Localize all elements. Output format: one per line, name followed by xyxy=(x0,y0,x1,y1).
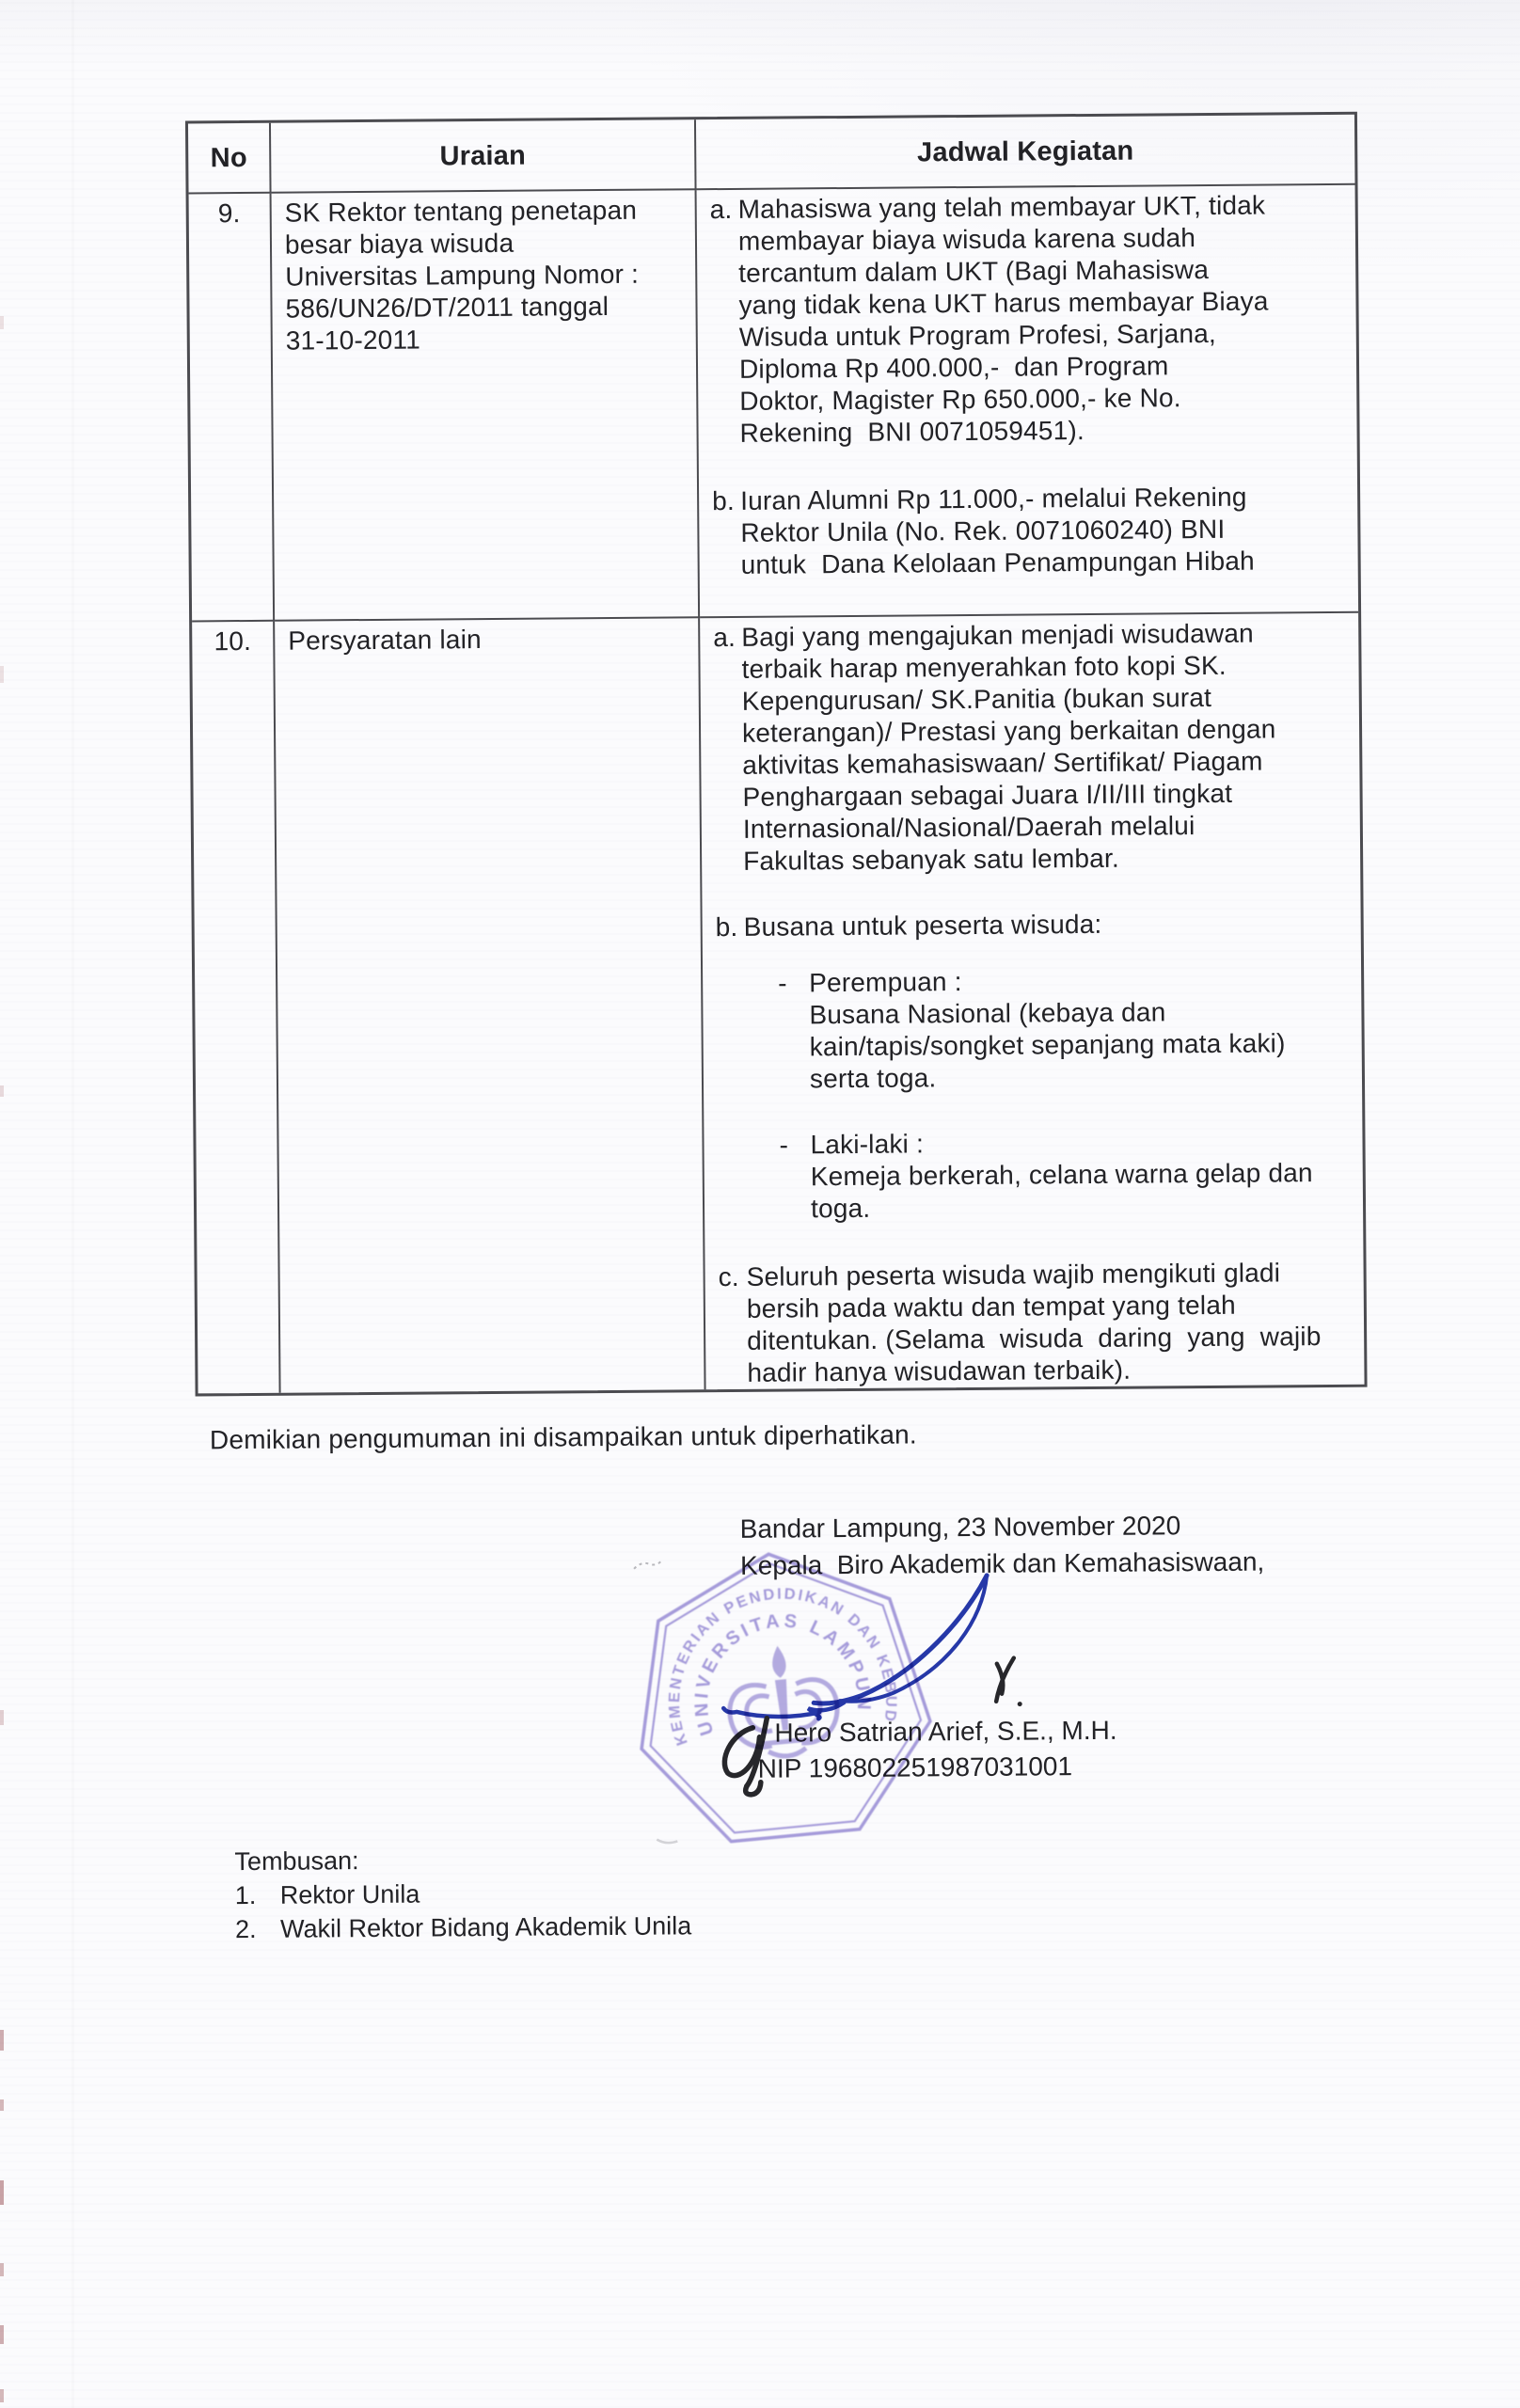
table-header-no: No xyxy=(188,123,272,195)
schedule-item-9a: a. Mahasiswa yang telah membayar UKT, ti… xyxy=(710,189,1346,450)
announcement-table: No Uraian Jadwal Kegiatan 9. SK Rektor t… xyxy=(185,112,1368,1397)
official-stamp: KEMENTERIAN PENDIDIKAN DAN KEBUDAYAAN UN… xyxy=(612,1532,953,1873)
dash-bullet: - xyxy=(779,1129,811,1225)
table-header-uraian: Uraian xyxy=(271,119,697,194)
dash-bullet: - xyxy=(778,967,810,1095)
stamp-heptagon-outer xyxy=(625,1541,940,1849)
scan-artifact-mark xyxy=(0,1710,4,1725)
scan-artifact-mark xyxy=(0,2099,4,2111)
scanned-announcement-page: No Uraian Jadwal Kegiatan 9. SK Rektor t… xyxy=(0,0,1520,2408)
item-label: c. xyxy=(718,1261,747,1389)
scan-artifact-mark xyxy=(0,2389,4,2402)
tembusan-item-number: 2. xyxy=(235,1912,280,1946)
item-text: Seluruh peserta wisuda wajib mengikuti g… xyxy=(746,1257,1321,1389)
signature-place-date: Bandar Lampung, 23 November 2020 xyxy=(740,1511,1181,1545)
scan-artifact-mark xyxy=(0,2180,4,2205)
schedule-item-9b: b. Iuran Alumni Rp 11.000,- melalui Reke… xyxy=(712,481,1347,581)
signature-blue-strokes xyxy=(722,1576,988,1719)
sub-item-laki-laki: - Laki-laki : Kemeja berkerah, celana wa… xyxy=(779,1125,1313,1225)
row-9-schedule: a. Mahasiswa yang telah membayar UKT, ti… xyxy=(697,185,1359,618)
signature-title: Kepala Biro Akademik dan Kemahasiswaan, xyxy=(740,1547,1264,1581)
tembusan-item-number: 1. xyxy=(235,1878,280,1912)
closing-line: Demikian pengumuman ini disampaikan untu… xyxy=(210,1419,917,1455)
scan-artifact-mark xyxy=(0,2263,4,2276)
sub-item-title: Perempuan : xyxy=(809,963,1285,999)
tembusan-block: Tembusan: 1. Rektor Unila 2. Wakil Rekto… xyxy=(234,1841,691,1946)
official-name: Hero Satrian Arief, S.E., M.H. xyxy=(774,1716,1116,1749)
row-9-number: 9. xyxy=(189,194,276,623)
official-nip: NIP 196802251987031001 xyxy=(758,1751,1072,1784)
row-10-schedule: a. Bagi yang mengajukan menjadi wisudawa… xyxy=(700,613,1364,1389)
tembusan-item-text: Wakil Rektor Bidang Akademik Unila xyxy=(280,1909,691,1945)
schedule-item-10a: a. Bagi yang mengajukan menjadi wisudawa… xyxy=(713,617,1349,878)
item-text: Busana untuk peserta wisuda: xyxy=(744,907,1311,943)
tembusan-label: Tembusan: xyxy=(234,1841,690,1878)
table-header-jadwal: Jadwal Kegiatan xyxy=(696,115,1355,190)
item-label: b. xyxy=(712,485,741,581)
scan-artifact-mark xyxy=(0,2030,4,2051)
item-text: Bagi yang mengajukan menjadi wisudawan t… xyxy=(741,617,1277,877)
sub-item-perempuan: - Perempuan : Busana Nasional (kebaya da… xyxy=(778,963,1312,1095)
tembusan-item: 1. Rektor Unila xyxy=(235,1875,691,1912)
row-9-uraian: SK Rektor tentang penetapan besar biaya … xyxy=(272,190,701,622)
sub-item-text: Busana Nasional (kebaya dan kain/tapis/s… xyxy=(809,995,1286,1095)
row-10-uraian: Persyaratan lain xyxy=(275,618,705,1393)
stamp-heptagon-inner xyxy=(634,1551,929,1840)
sub-item-title: Laki-laki : xyxy=(810,1125,1312,1161)
document-sheet: No Uraian Jadwal Kegiatan 9. SK Rektor t… xyxy=(0,0,1520,2408)
scan-artifact-mark xyxy=(0,2325,4,2344)
tembusan-item-text: Rektor Unila xyxy=(280,1877,420,1912)
row-10-number: 10. xyxy=(192,622,280,1394)
item-label: b. xyxy=(716,911,747,1226)
schedule-item-10b: b. Busana untuk peserta wisuda: - Peremp… xyxy=(716,907,1353,1226)
item-label: a. xyxy=(710,194,740,450)
tembusan-item: 2. Wakil Rektor Bidang Akademik Unila xyxy=(235,1909,691,1946)
pencil-scribbles xyxy=(634,1560,677,1843)
item-text: Iuran Alumni Rp 11.000,- melalui Rekenin… xyxy=(740,482,1255,581)
schedule-item-10c: c. Seluruh peserta wisuda wajib mengikut… xyxy=(718,1257,1353,1389)
item-label: a. xyxy=(713,622,743,878)
item-text: Mahasiswa yang telah membayar UKT, tidak… xyxy=(738,189,1270,449)
paraf-mark xyxy=(996,1658,1022,1707)
sub-item-text: Kemeja berkerah, celana warna gelap dan … xyxy=(811,1157,1313,1225)
